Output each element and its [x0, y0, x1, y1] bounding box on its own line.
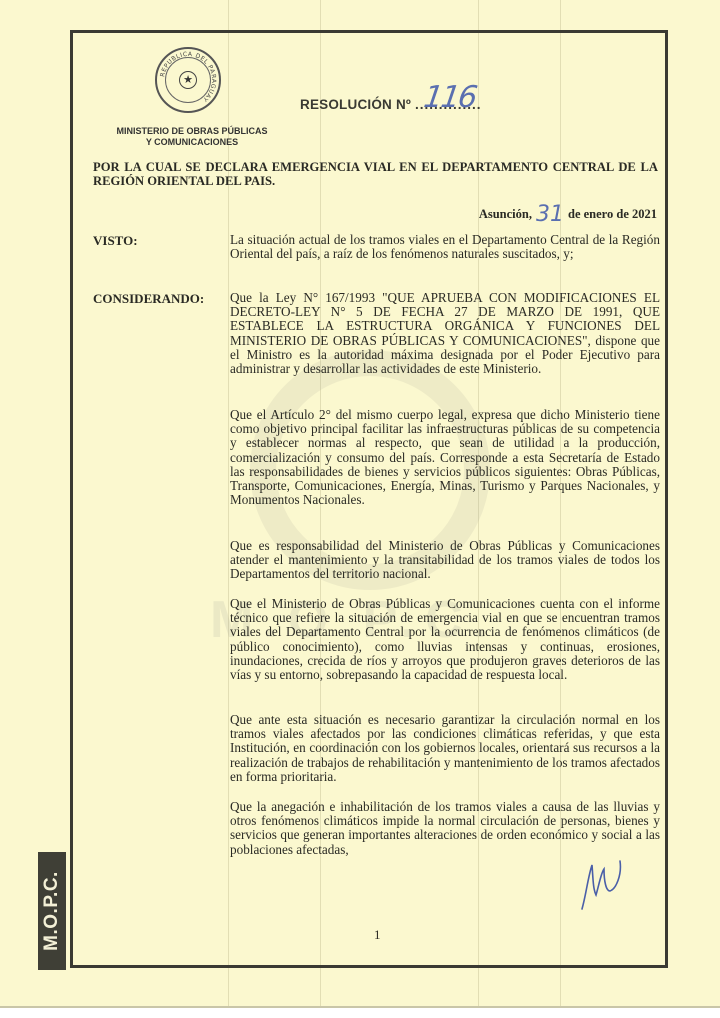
considerando-paragraph: Que el Ministerio de Obras Públicas y Co… — [230, 597, 660, 682]
considerando-label: CONSIDERANDO: — [93, 291, 204, 307]
mopc-side-badge: M.O.P.C. — [38, 852, 66, 970]
considerando-paragraph: Que ante esta situación es necesario gar… — [230, 713, 660, 784]
page-number: 1 — [374, 927, 381, 943]
national-seal-icon: REPUBLICA DEL PARAGUAY ★ — [155, 47, 221, 113]
considerando-paragraph: Que el Artículo 2° del mismo cuerpo lega… — [230, 408, 660, 507]
side-badge-text: M.O.P.C. — [41, 871, 63, 951]
background-strip — [0, 1008, 720, 1018]
signature-icon — [578, 855, 628, 913]
date-day-handwritten: 31 — [536, 202, 564, 227]
ministry-line-2: Y COMUNICACIONES — [108, 137, 276, 148]
ministry-line-1: MINISTERIO DE OBRAS PÚBLICAS — [108, 126, 276, 137]
seal-inner-ring: ★ — [165, 57, 211, 103]
resolution-subject: POR LA CUAL SE DECLARA EMERGENCIA VIAL E… — [93, 160, 658, 188]
visto-text: La situación actual de los tramos viales… — [230, 233, 660, 261]
considerando-paragraph: Que la anegación e inhabilitación de los… — [230, 800, 660, 857]
resolution-date: Asunción,31de enero de 2021 — [479, 202, 657, 227]
resolution-label: RESOLUCIÓN Nº — [300, 97, 411, 112]
visto-label: VISTO: — [93, 233, 138, 249]
ministry-name: MINISTERIO DE OBRAS PÚBLICAS Y COMUNICAC… — [108, 126, 276, 148]
considerando-paragraph: Que es responsabilidad del Ministerio de… — [230, 539, 660, 582]
date-rest: de enero de 2021 — [568, 207, 657, 221]
resolution-number-handwritten: 116 — [422, 80, 478, 115]
considerando-paragraph: Que la Ley N° 167/1993 "QUE APRUEBA CON … — [230, 291, 660, 376]
star-icon: ★ — [179, 71, 197, 89]
date-city: Asunción, — [479, 207, 532, 221]
